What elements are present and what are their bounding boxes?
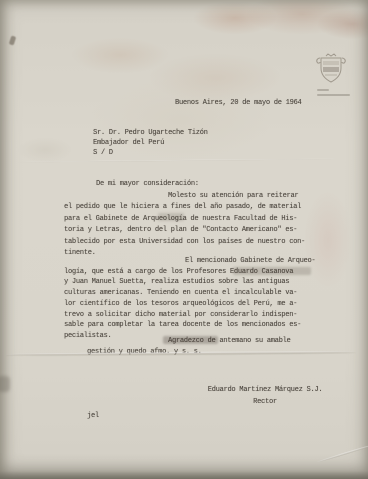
fold-crease-corner	[317, 443, 368, 463]
salutation: De mi mayor consideración:	[96, 180, 199, 188]
crest-caption-line-illegible	[317, 89, 329, 91]
crest-caption-line-illegible	[317, 94, 350, 96]
scan-edge-shadow	[0, 471, 368, 479]
typist-initials: jel	[87, 412, 99, 420]
paper-stain-mark	[0, 376, 10, 392]
ink-smudge	[233, 267, 311, 275]
date-line: Buenos Aires, 20 de mayo de 1964	[175, 99, 301, 107]
scanned-letter-page: Buenos Aires, 20 de mayo de 1964 Sr. Dr.…	[0, 0, 368, 479]
signature-block: Eduardo Martínez Márquez S.J. Rector	[190, 385, 340, 408]
university-crest-icon	[314, 53, 348, 87]
body-paragraph-1: Molesto su atención para reiterar el ped…	[64, 191, 305, 259]
paper-stain-mark	[9, 35, 17, 45]
ink-smudge	[158, 213, 184, 221]
fold-crease	[16, 158, 336, 162]
recipient-block: Sr. Dr. Pedro Ugarteche Tizón Embajador …	[93, 128, 208, 159]
ink-smudge	[163, 336, 218, 344]
